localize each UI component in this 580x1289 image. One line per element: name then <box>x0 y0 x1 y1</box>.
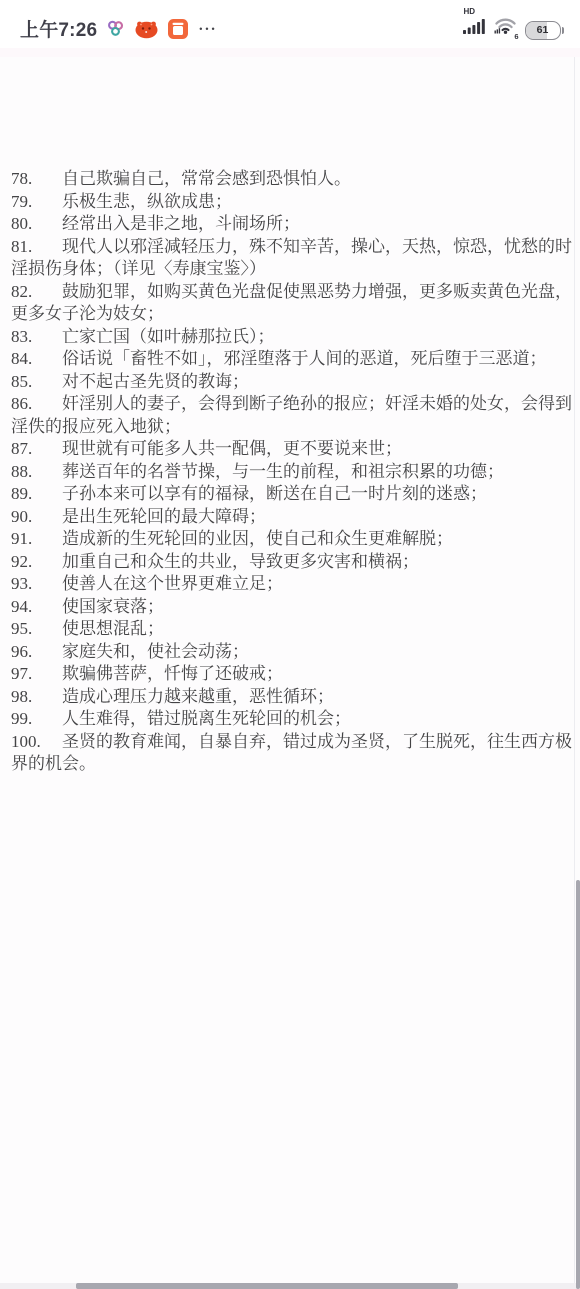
line-text: 经常出入是非之地，斗闹场所； <box>62 214 300 233</box>
line-number: 89. <box>11 483 62 506</box>
line-number: 85. <box>11 371 62 394</box>
line-number: 82. <box>11 281 62 304</box>
line-text: 现世就有可能多人共一配偶，更不要说来世； <box>62 439 402 458</box>
wifi6-label: 6 <box>514 32 518 41</box>
page-edge-line <box>574 57 575 1289</box>
document-text-block: 78.自己欺骗自己，常常会感到恐惧怕人。 79.乐极生悲，纵欲成患； 80.经常… <box>0 57 580 776</box>
doc-line: 97.欺骗佛菩萨，忏悔了还破戒； <box>11 663 580 686</box>
line-number: 87. <box>11 438 62 461</box>
line-number: 100. <box>11 731 62 754</box>
doc-line: 93.使善人在这个世界更难立足； <box>11 573 580 596</box>
doc-line: 82.鼓励犯罪，如购买黄色光盘促使黑恶势力增强，更多贩卖黄色光盘， <box>11 281 580 304</box>
document-viewer[interactable]: 78.自己欺骗自己，常常会感到恐惧怕人。 79.乐极生悲，纵欲成患； 80.经常… <box>0 57 580 1289</box>
line-text: 对不起古圣先贤的教诲； <box>62 372 249 391</box>
line-text: 鼓励犯罪，如购买黄色光盘促使黑恶势力增强，更多贩卖黄色光盘， <box>62 282 572 301</box>
line-text: 欺骗佛菩萨，忏悔了还破戒； <box>62 664 283 683</box>
line-text: 淫损伤身体；（详见〈寿康宝鉴〉） <box>11 259 266 278</box>
doc-line: 94.使国家衰落； <box>11 596 580 619</box>
line-text: 现代人以邪淫减轻压力，殊不知辛苦，操心，天热，惊恐，忧愁的时 <box>62 237 572 256</box>
line-text: 葬送百年的名誉节操，与一生的前程，和祖宗积累的功德； <box>62 462 504 481</box>
orange-box-app-icon <box>168 19 188 39</box>
doc-line: 78.自己欺骗自己，常常会感到恐惧怕人。 <box>11 168 580 191</box>
line-text: 自己欺骗自己，常常会感到恐惧怕人。 <box>62 169 351 188</box>
doc-line-continuation: 淫损伤身体；（详见〈寿康宝鉴〉） <box>11 258 580 281</box>
line-text: 俗话说「畜牲不如」，邪淫堕落于人间的恶道，死后堕于三恶道； <box>62 349 547 368</box>
doc-line: 98.造成心理压力越来越重，恶性循环； <box>11 686 580 709</box>
doc-line: 85.对不起古圣先贤的教诲； <box>11 371 580 394</box>
line-text: 使善人在这个世界更难立足； <box>62 574 283 593</box>
doc-line-continuation: 淫佚的报应死入地狱； <box>11 416 580 439</box>
battery-indicator: 61 <box>525 21 565 40</box>
line-number: 81. <box>11 236 62 259</box>
doc-line: 79.乐极生悲，纵欲成患； <box>11 191 580 214</box>
line-number: 78. <box>11 168 62 191</box>
clock: 上午7:26 <box>20 15 97 42</box>
line-text: 造成心理压力越来越重，恶性循环； <box>62 687 334 706</box>
line-number: 91. <box>11 528 62 551</box>
hd-volte-label: HD <box>464 7 476 16</box>
line-text: 子孙本来可以享有的福禄，断送在自己一时片刻的迷惑； <box>62 484 487 503</box>
doc-line: 96.家庭失和，使社会动荡； <box>11 641 580 664</box>
line-number: 90. <box>11 506 62 529</box>
line-text: 使国家衰落； <box>62 597 164 616</box>
line-text: 圣贤的教育难闻，自暴自弃，错过成为圣贤，了生脱死，往生西方极 <box>62 732 572 751</box>
line-number: 83. <box>11 326 62 349</box>
line-number: 95. <box>11 618 62 641</box>
doc-line: 84.俗话说「畜牲不如」，邪淫堕落于人间的恶道，死后堕于三恶道； <box>11 348 580 371</box>
horizontal-scrollbar-thumb[interactable] <box>76 1283 458 1289</box>
doc-line: 95.使思想混乱； <box>11 618 580 641</box>
line-number: 94. <box>11 596 62 619</box>
more-notifications-icon: ••• <box>199 24 217 34</box>
line-text: 家庭失和，使社会动荡； <box>62 642 249 661</box>
doc-line: 87.现世就有可能多人共一配偶，更不要说来世； <box>11 438 580 461</box>
line-text: 乐极生悲，纵欲成患； <box>62 192 232 211</box>
battery-body: 61 <box>525 21 561 40</box>
line-number: 99. <box>11 708 62 731</box>
line-text: 奸淫别人的妻子，会得到断子绝孙的报应；奸淫未婚的处女，会得到 <box>62 394 572 413</box>
line-text: 淫佚的报应死入地狱； <box>11 417 181 436</box>
line-text: 加重自己和众生的共业，导致更多灾害和横祸； <box>62 552 419 571</box>
line-text: 亡家亡国（如叶赫那拉氏）； <box>62 327 275 346</box>
line-text: 使思想混乱； <box>62 619 164 638</box>
doc-line: 92.加重自己和众生的共业，导致更多灾害和横祸； <box>11 551 580 574</box>
doc-line: 100.圣贤的教育难闻，自暴自弃，错过成为圣贤，了生脱死，往生西方极 <box>11 731 580 754</box>
line-number: 96. <box>11 641 62 664</box>
line-number: 80. <box>11 213 62 236</box>
vertical-scrollbar-thumb[interactable] <box>576 880 580 1289</box>
battery-nub <box>562 27 565 34</box>
line-number: 86. <box>11 393 62 416</box>
phone-screen: 上午7:26 <box>0 0 580 1289</box>
line-text: 界的机会。 <box>11 754 96 773</box>
doc-line-continuation: 更多女子沦为妓女； <box>11 303 580 326</box>
battery-percent-label: 61 <box>526 23 560 38</box>
doc-line: 86.奸淫别人的妻子，会得到断子绝孙的报应；奸淫未婚的处女，会得到 <box>11 393 580 416</box>
doc-line: 99.人生难得，错过脱离生死轮回的机会； <box>11 708 580 731</box>
line-number: 93. <box>11 573 62 596</box>
knot-rings-app-icon <box>106 19 125 38</box>
status-bar-left: 上午7:26 <box>20 15 218 42</box>
line-number: 79. <box>11 191 62 214</box>
wifi-icon: 6 <box>494 17 517 39</box>
doc-line: 91.造成新的生死轮回的业因，使自己和众生更难解脱； <box>11 528 580 551</box>
line-number: 88. <box>11 461 62 484</box>
line-text: 造成新的生死轮回的业因，使自己和众生更难解脱； <box>62 529 453 548</box>
line-number: 84. <box>11 348 62 371</box>
doc-line: 89.子孙本来可以享有的福禄，断送在自己一时片刻的迷惑； <box>11 483 580 506</box>
line-text: 更多女子沦为妓女； <box>11 304 164 323</box>
doc-line-continuation: 界的机会。 <box>11 753 580 776</box>
doc-line: 88.葬送百年的名誉节操，与一生的前程，和祖宗积累的功德； <box>11 461 580 484</box>
doc-line: 83.亡家亡国（如叶赫那拉氏）； <box>11 326 580 349</box>
doc-line: 90.是出生死轮回的最大障碍； <box>11 506 580 529</box>
doc-line: 81.现代人以邪淫减轻压力，殊不知辛苦，操心，天热，惊恐，忧愁的时 <box>11 236 580 259</box>
line-number: 92. <box>11 551 62 574</box>
line-text: 人生难得，错过脱离生死轮回的机会； <box>62 709 351 728</box>
line-text: 是出生死轮回的最大障碍； <box>62 507 266 526</box>
cell-signal-icon: HD <box>463 10 486 39</box>
line-number: 97. <box>11 663 62 686</box>
doc-line: 80.经常出入是非之地，斗闹场所； <box>11 213 580 236</box>
status-bar-right: HD 6 <box>463 10 565 48</box>
crab-app-icon <box>134 18 159 39</box>
line-number: 98. <box>11 686 62 709</box>
